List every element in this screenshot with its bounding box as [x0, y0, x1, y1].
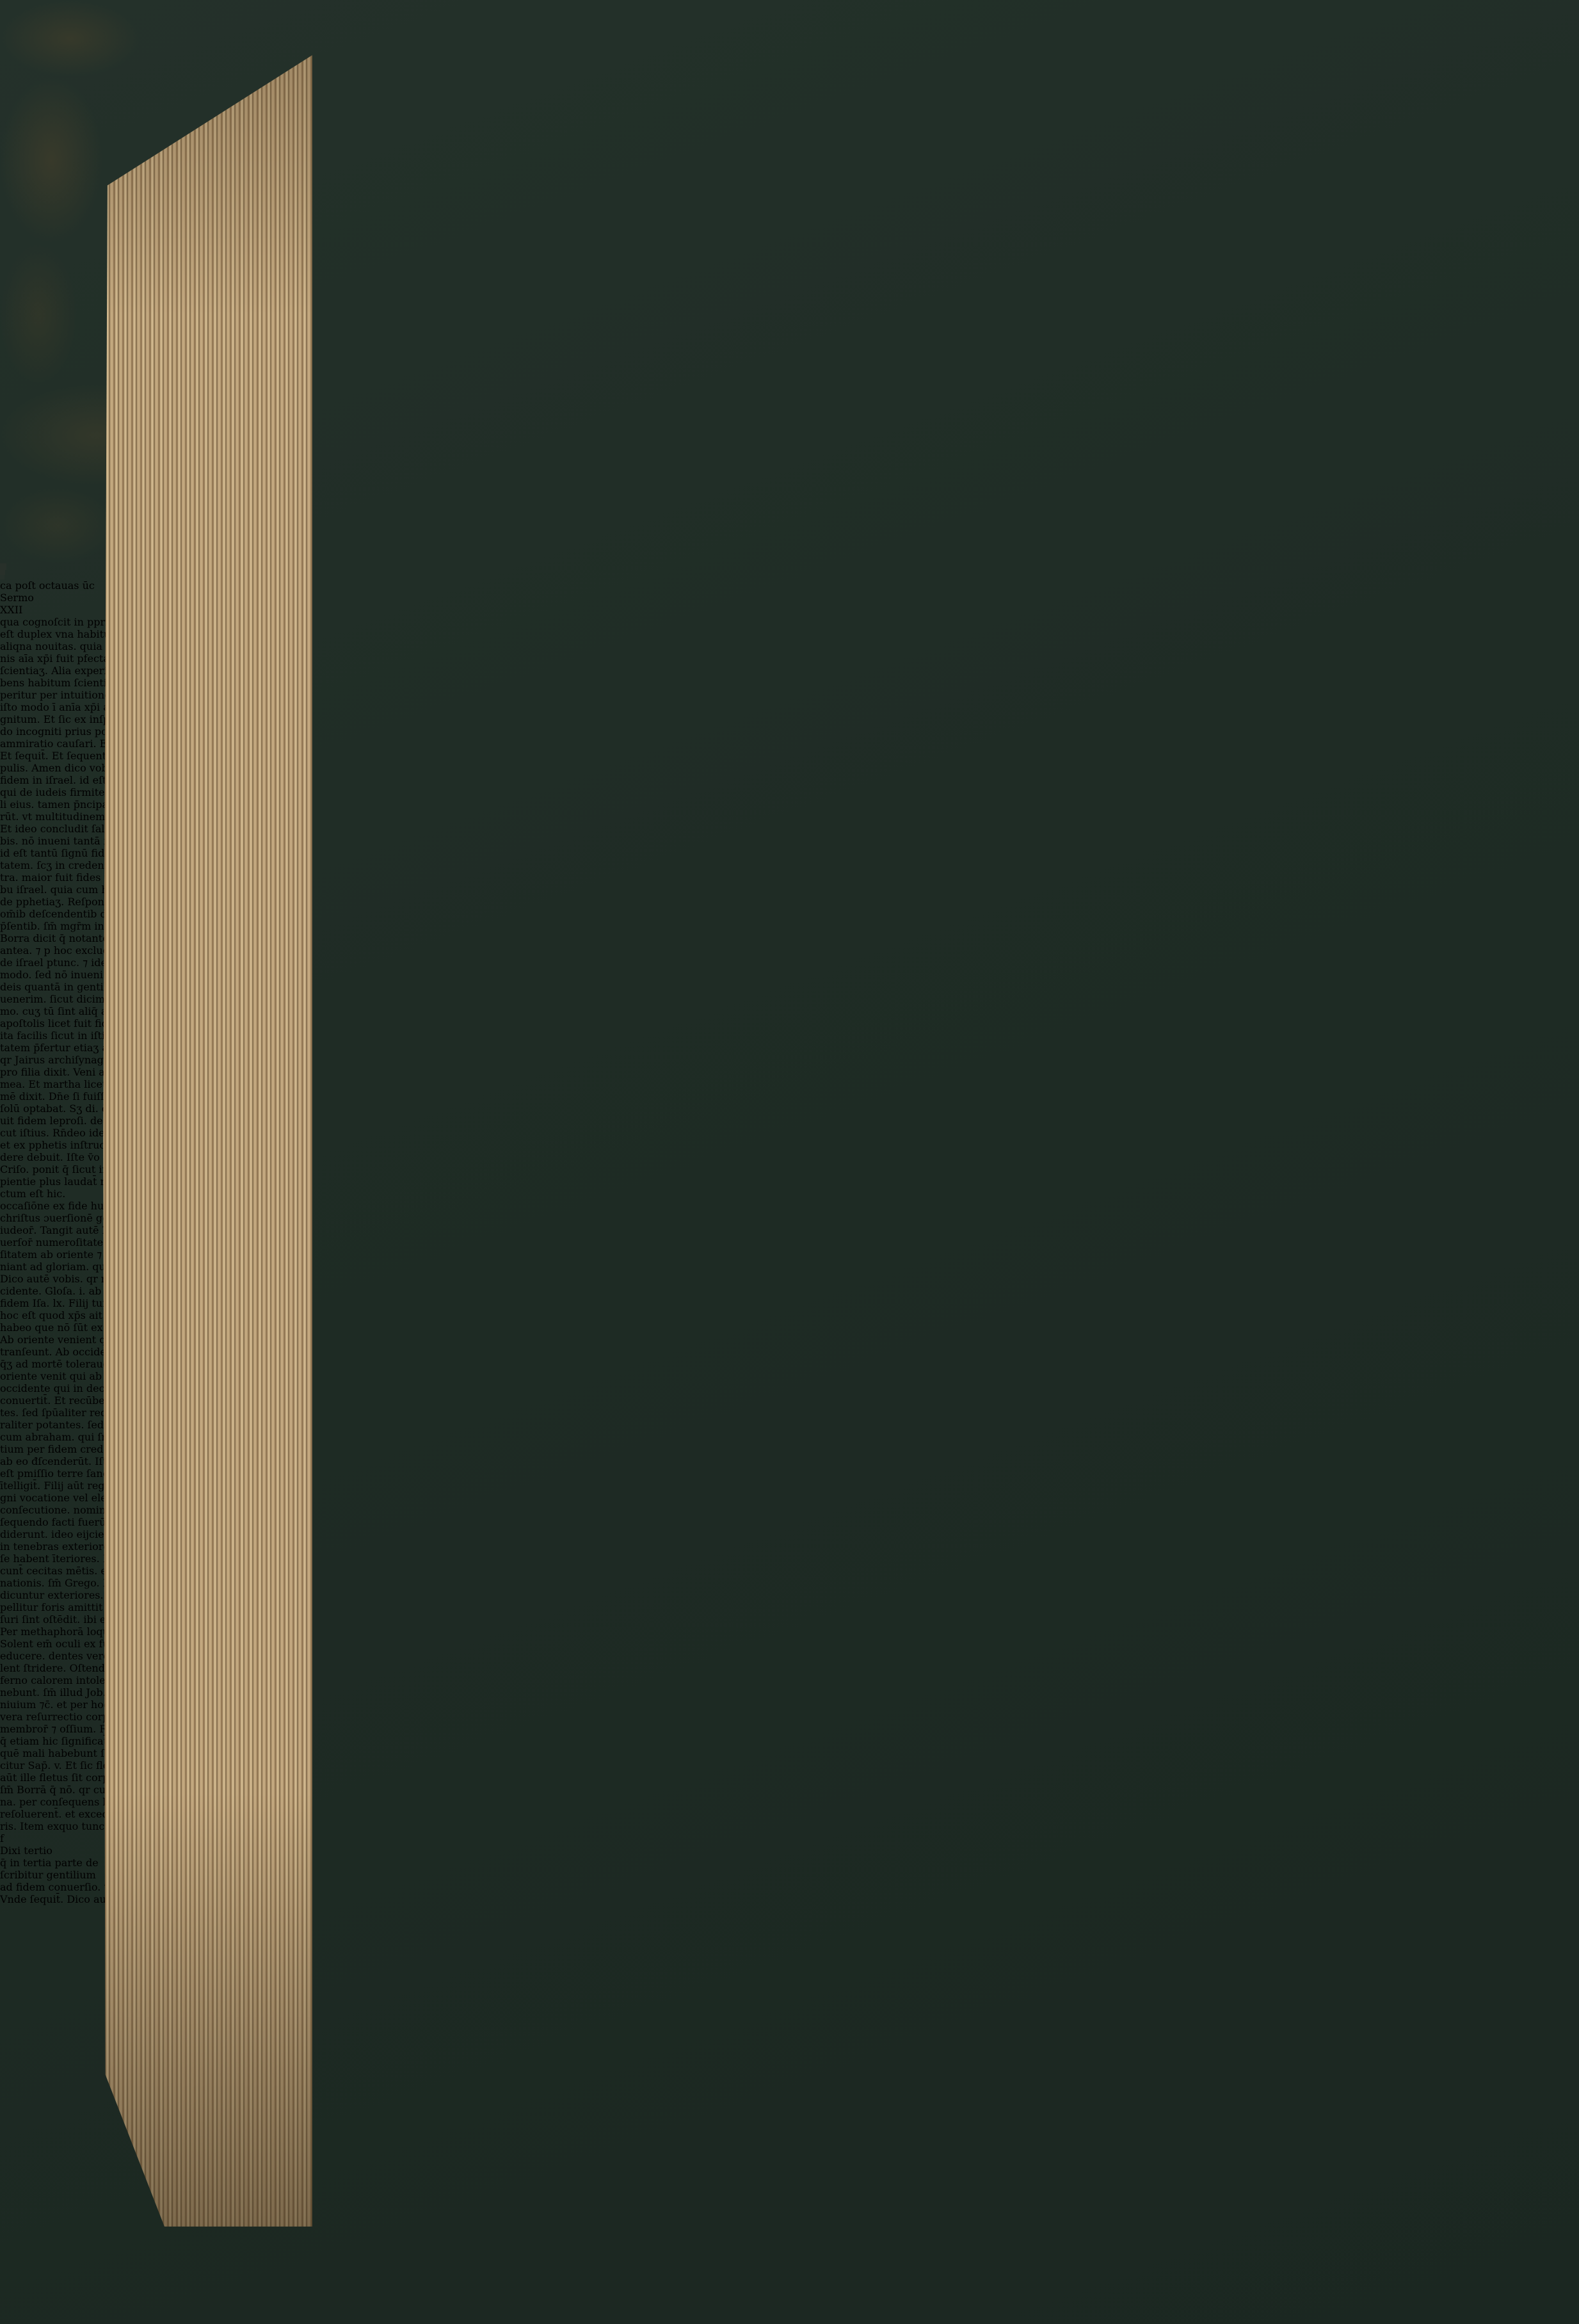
stain	[0, 77, 102, 243]
page-edge-stack-top	[301, 49, 1152, 72]
stain	[0, 243, 77, 384]
book-photo: ca poſt octauas ūc Sermo XXII qua cognoſ…	[0, 0, 1579, 2324]
ink-speck	[0, 575, 4, 579]
ink-speck	[0, 570, 5, 575]
page-edge-stack-left	[101, 55, 312, 2227]
stain	[0, 487, 115, 563]
section-initial: Dixi tertio	[0, 1844, 52, 1857]
ink-speck	[0, 563, 6, 570]
stain	[0, 0, 141, 77]
